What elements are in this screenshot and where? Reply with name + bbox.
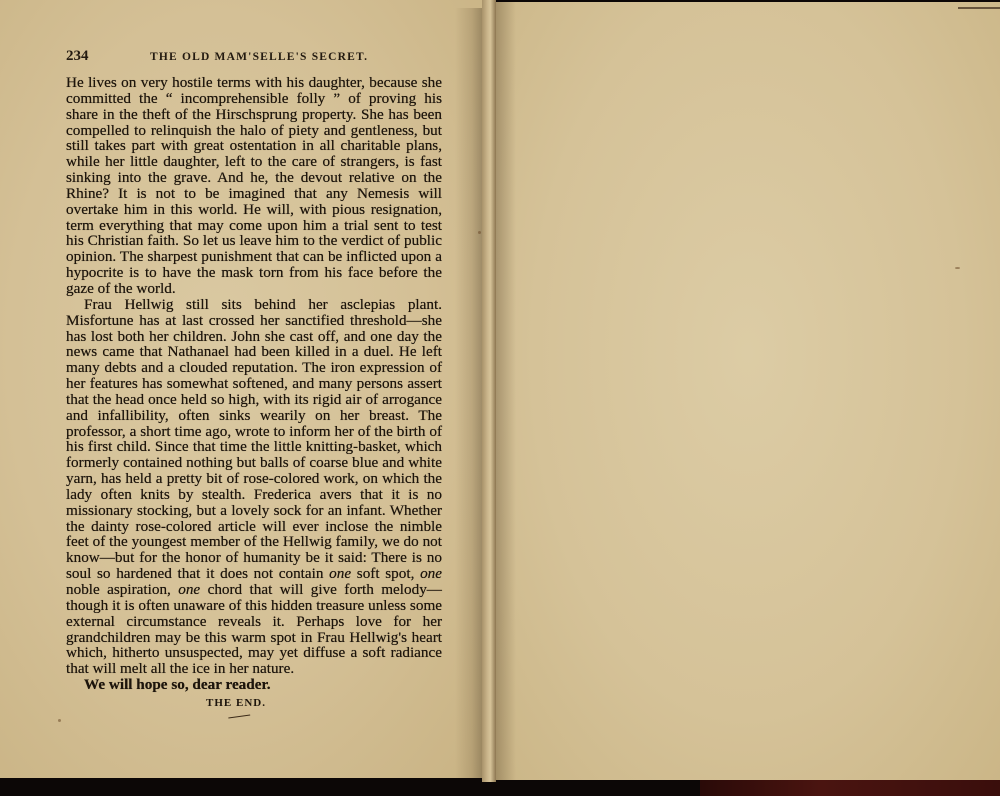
book-spine [482, 0, 496, 782]
the-end-label: THE END. [206, 697, 266, 709]
text-run: noble aspiration, [66, 581, 178, 598]
italic-text: one [420, 565, 442, 582]
running-head-title: THE OLD MAM'SELLE'S SECRET. [150, 51, 368, 63]
right-gutter-shadow [496, 2, 516, 780]
italic-text: one [178, 581, 200, 598]
text-run: Frau Hellwig still sits behind her ascle… [66, 296, 442, 582]
body-text: He lives on very hostile terms with his … [66, 75, 442, 693]
paragraph: Frau Hellwig still sits behind her ascle… [66, 297, 442, 677]
italic-text: one [329, 565, 351, 582]
text-run: soft spot, [351, 565, 420, 582]
paper-blemish [58, 719, 61, 722]
right-page-blank [496, 2, 1000, 780]
paper-blemish [478, 231, 481, 234]
page-edge-mark [958, 7, 1000, 9]
paper-blemish [955, 267, 960, 269]
gutter-shadow [455, 8, 483, 778]
page-number: 234 [66, 48, 89, 65]
running-head: 234 THE OLD MAM'SELLE'S SECRET. [66, 48, 456, 68]
paragraph: We will hope so, dear reader. [66, 677, 442, 693]
paragraph: He lives on very hostile terms with his … [66, 75, 442, 297]
cover-binding-edge [700, 780, 1000, 796]
